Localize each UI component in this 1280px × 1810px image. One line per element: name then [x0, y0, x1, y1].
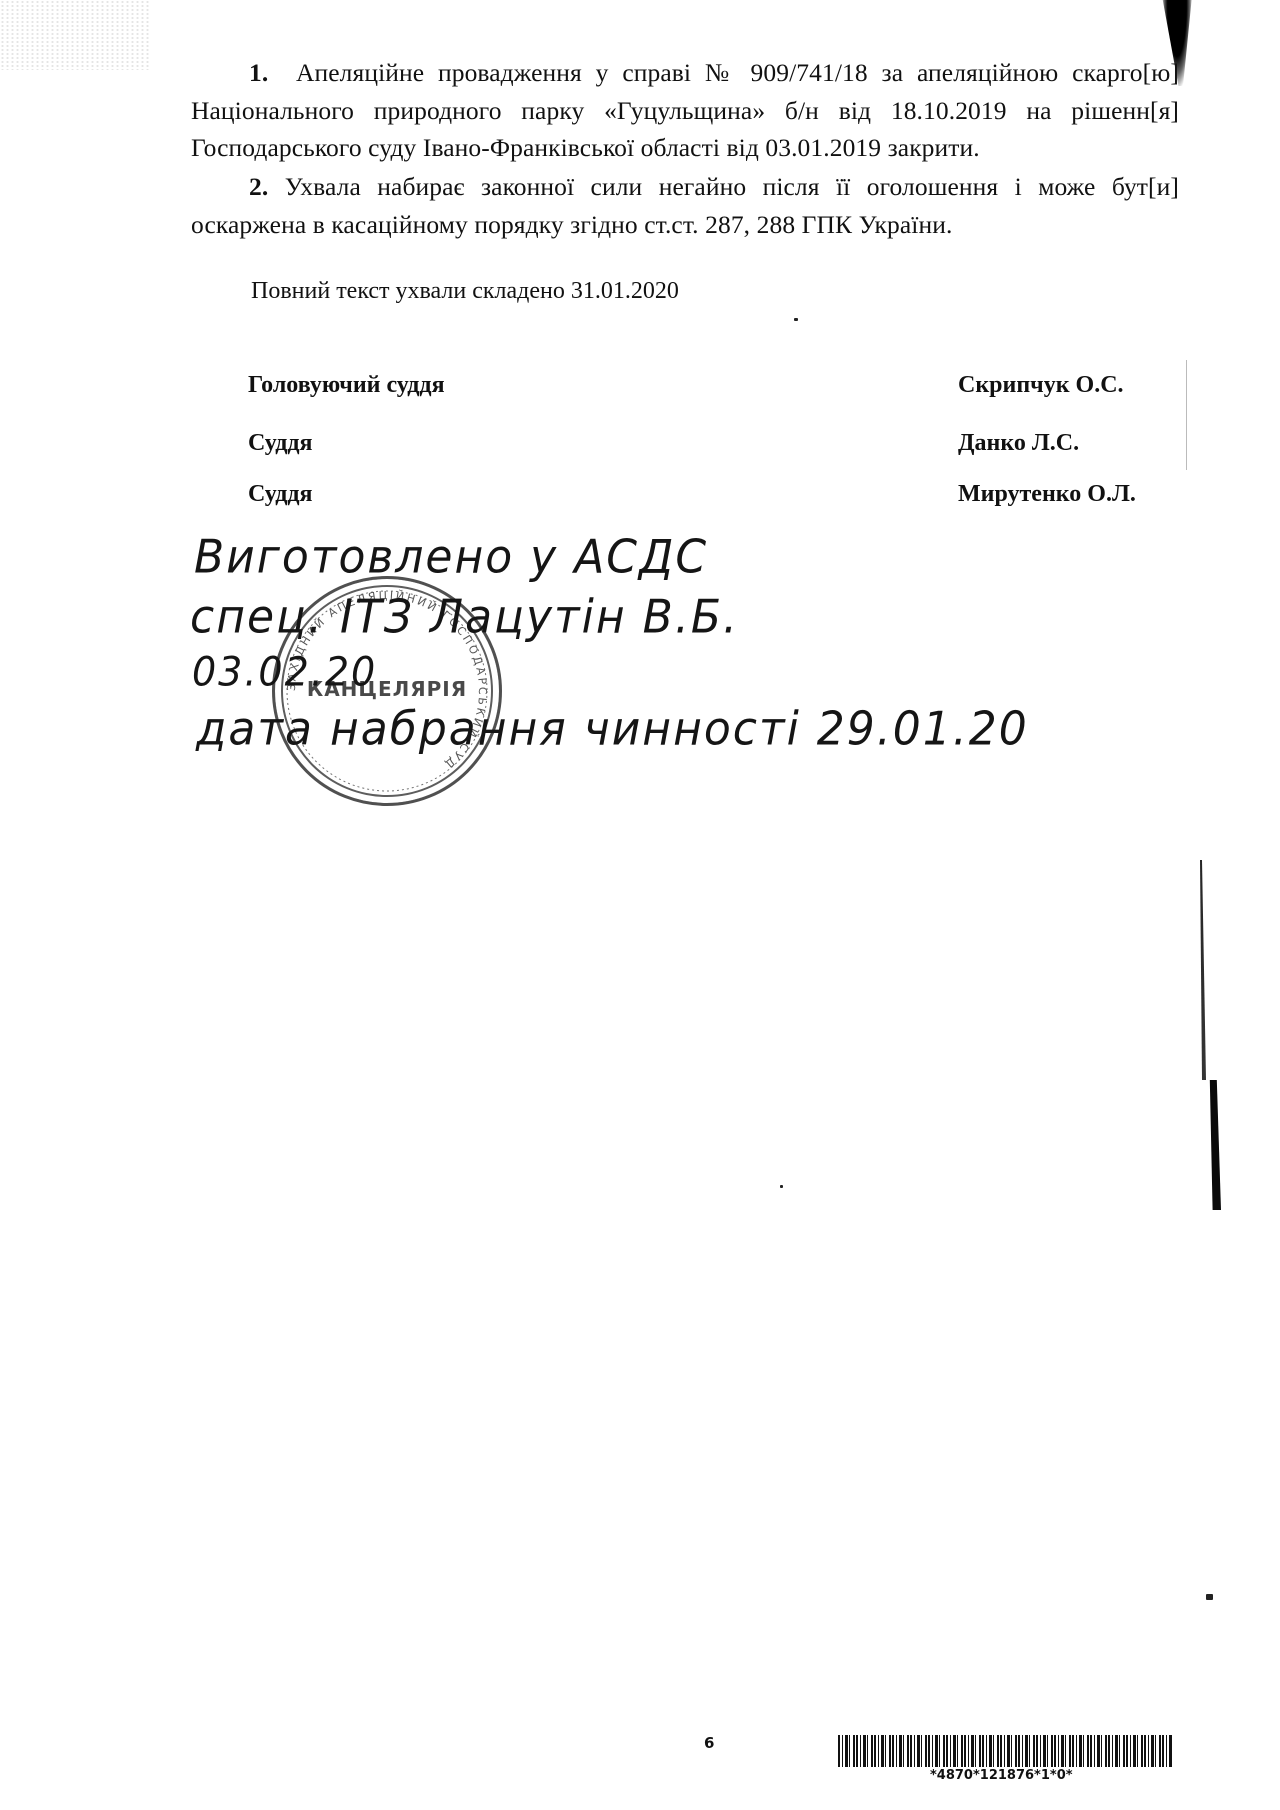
signature-name: Данко Л.С. — [958, 430, 1079, 457]
full-text-date: Повний текст ухвали складено 31.01.2020 — [251, 274, 679, 308]
scan-smudge-middle — [1196, 860, 1206, 1080]
scan-speck — [1206, 1594, 1213, 1600]
handwritten-line: 03.02.20 — [192, 649, 377, 695]
scan-edge-line — [1186, 360, 1187, 470]
handwritten-line: Виготовлено у АСДС — [194, 531, 708, 585]
signature-name: Скрипчук О.С. — [958, 372, 1124, 399]
paragraph-text: Ухвала набирає законної сили негайно піс… — [191, 172, 1179, 239]
handwritten-line: спец. ІТЗ Лацутін В.Б. — [190, 591, 739, 645]
signature-role: Суддя — [248, 430, 313, 457]
paragraph-text: Апеляційне провадження у справі № 909/74… — [191, 58, 1179, 162]
signature-row: Головуючий суддя Скрипчук О.С. — [248, 372, 1178, 406]
scan-noise — [0, 0, 150, 70]
scan-speck — [780, 1185, 783, 1188]
paragraph-number: 1. — [249, 58, 268, 87]
barcode-icon — [838, 1735, 1172, 1767]
scanned-document-page: 1. Апеляційне провадження у справі № 909… — [0, 0, 1280, 1810]
signature-role: Головуючий суддя — [248, 372, 445, 399]
signature-row: Суддя Мирутенко О.Л. — [248, 481, 1178, 515]
scan-smudge-lower — [1207, 1080, 1221, 1210]
page-number: 6 — [704, 1734, 714, 1752]
signature-name: Мирутенко О.Л. — [958, 481, 1136, 508]
barcode-text: *4870*121876*1*0* — [930, 1768, 1073, 1783]
paragraph-2: 2. Ухвала набирає законної сили негайно … — [191, 168, 1179, 243]
paragraph-1: 1. Апеляційне провадження у справі № 909… — [191, 54, 1179, 167]
paragraph-number: 2. — [249, 172, 268, 201]
scan-speck — [794, 318, 798, 321]
signature-row: Суддя Данко Л.С. — [248, 430, 1178, 464]
handwritten-note: Виготовлено у АСДС спец. ІТЗ Лацутін В.Б… — [190, 532, 950, 772]
handwritten-line: дата набрання чинності 29.01.20 — [196, 703, 1029, 757]
signature-role: Суддя — [248, 481, 313, 508]
